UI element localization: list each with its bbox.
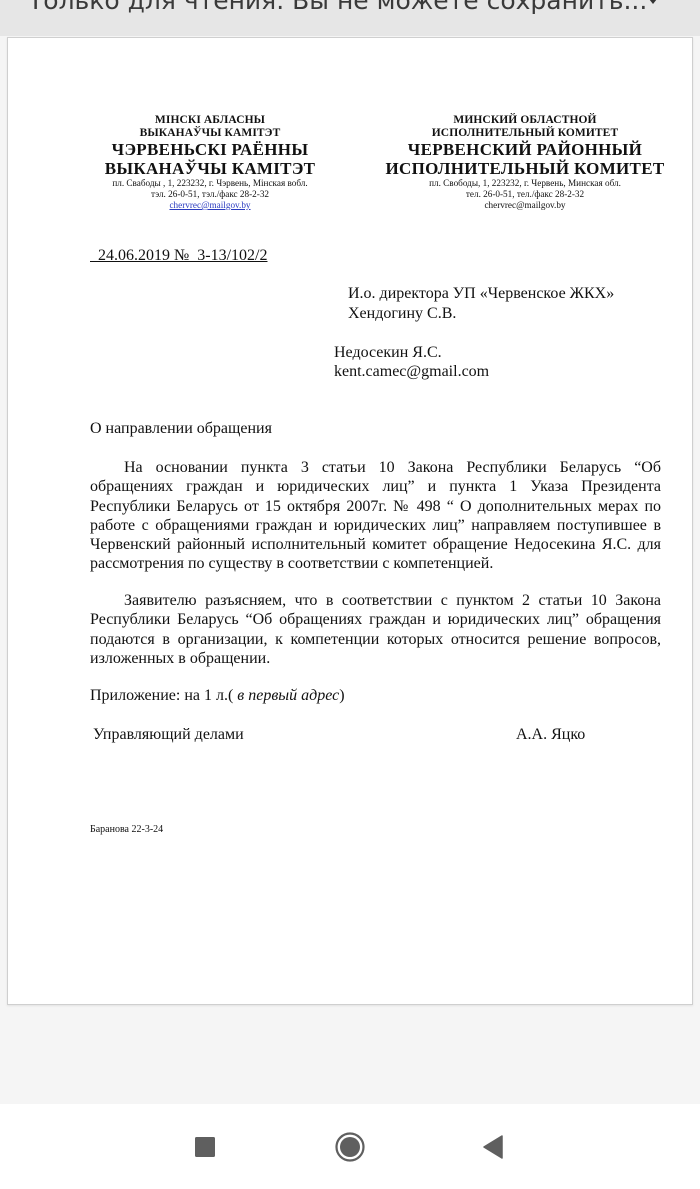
letterhead-russian: МИНСКИЙ ОБЛАСТНОЙ ИСПОЛНИТЕЛЬНЫЙ КОМИТЕТ… bbox=[380, 114, 670, 211]
attachment-suffix: ) bbox=[339, 687, 344, 704]
applicant-email: kent.camec@gmail.com bbox=[334, 362, 489, 381]
home-button[interactable] bbox=[335, 1134, 365, 1164]
letterhead-email-link[interactable]: chervrec@mailgov.by bbox=[90, 200, 330, 211]
applicant-name: Недосекин Я.С. bbox=[334, 343, 489, 362]
back-button[interactable] bbox=[478, 1134, 508, 1164]
recent-apps-button[interactable] bbox=[190, 1134, 220, 1164]
letterhead-phone: тел. 26-0-51, тел./факс 28-2-32 bbox=[380, 189, 670, 200]
letterhead-line: ВЫКАНАЎЧЫ КАМІТЭТ bbox=[90, 127, 330, 140]
document-page: МІНСКІ АБЛАСНЫ ВЫКАНАЎЧЫ КАМІТЭТ ЧЭРВЕНЬ… bbox=[7, 37, 693, 1005]
back-icon bbox=[482, 1135, 504, 1164]
registration-number: 24.06.2019 № 3-13/102/2 bbox=[90, 246, 267, 266]
letterhead-title: ВЫКАНАЎЧЫ КАМІТЭТ bbox=[90, 159, 330, 178]
letterhead-title: ИСПОЛНИТЕЛЬНЫЙ КОМИТЕТ bbox=[380, 159, 670, 178]
letterhead-line: МІНСКІ АБЛАСНЫ bbox=[90, 114, 330, 127]
recent-apps-icon bbox=[194, 1136, 216, 1163]
body-paragraph-1: На основании пункта 3 статьи 10 Закона Р… bbox=[90, 458, 661, 574]
letterhead-line: ИСПОЛНИТЕЛЬНЫЙ КОМИТЕТ bbox=[380, 127, 670, 140]
letter-subject: О направлении обращения bbox=[90, 419, 272, 439]
attachment-italic: в первый адрес bbox=[237, 687, 339, 704]
letterhead-address: пл. Свободы, 1, 223232, г. Червень, Минс… bbox=[380, 178, 670, 189]
letterhead-address: пл. Свабоды , 1, 223232, г. Чэрвень, Мін… bbox=[90, 178, 330, 189]
android-nav-bar bbox=[0, 1104, 700, 1189]
letterhead-line: МИНСКИЙ ОБЛАСТНОЙ bbox=[380, 114, 670, 127]
signatory-name: А.А. Яцко bbox=[516, 725, 585, 745]
applicant-block: Недосекин Я.С. kent.camec@gmail.com bbox=[334, 343, 489, 381]
recipient-name: Хендогину С.В. bbox=[341, 304, 614, 324]
letterhead-title: ЧЭРВЕНЬСКІ РАЁННЫ bbox=[90, 140, 330, 159]
letterhead-phone: тэл. 26-0-51, тэл./факс 28-2-32 bbox=[90, 189, 330, 200]
read-only-notice: Только для чтения. Вы не можете сохранит… bbox=[28, 0, 647, 15]
recipient-block: И.о. директора УП «Червенское ЖКХ» Хендо… bbox=[341, 284, 614, 324]
signatory-role: Управляющий делами bbox=[93, 725, 244, 745]
read-only-banner[interactable]: Только для чтения. Вы не можете сохранит… bbox=[0, 0, 700, 36]
chevron-down-icon[interactable] bbox=[648, 0, 658, 6]
body-paragraph-2: Заявителю разъясняем, что в соответствии… bbox=[90, 591, 661, 668]
letterhead-email: chervrec@mailgov.by bbox=[380, 200, 670, 211]
home-icon bbox=[335, 1132, 365, 1167]
executor-note: Баранова 22-3-24 bbox=[90, 820, 163, 840]
letterhead-title: ЧЕРВЕНСКИЙ РАЙОННЫЙ bbox=[380, 140, 670, 159]
letterhead-belarusian: МІНСКІ АБЛАСНЫ ВЫКАНАЎЧЫ КАМІТЭТ ЧЭРВЕНЬ… bbox=[90, 114, 330, 211]
recipient-position: И.о. директора УП «Червенское ЖКХ» bbox=[341, 284, 614, 304]
attachment-note: Приложение: на 1 л.( в первый адрес) bbox=[90, 686, 345, 706]
attachment-prefix: Приложение: на 1 л.( bbox=[90, 687, 237, 704]
